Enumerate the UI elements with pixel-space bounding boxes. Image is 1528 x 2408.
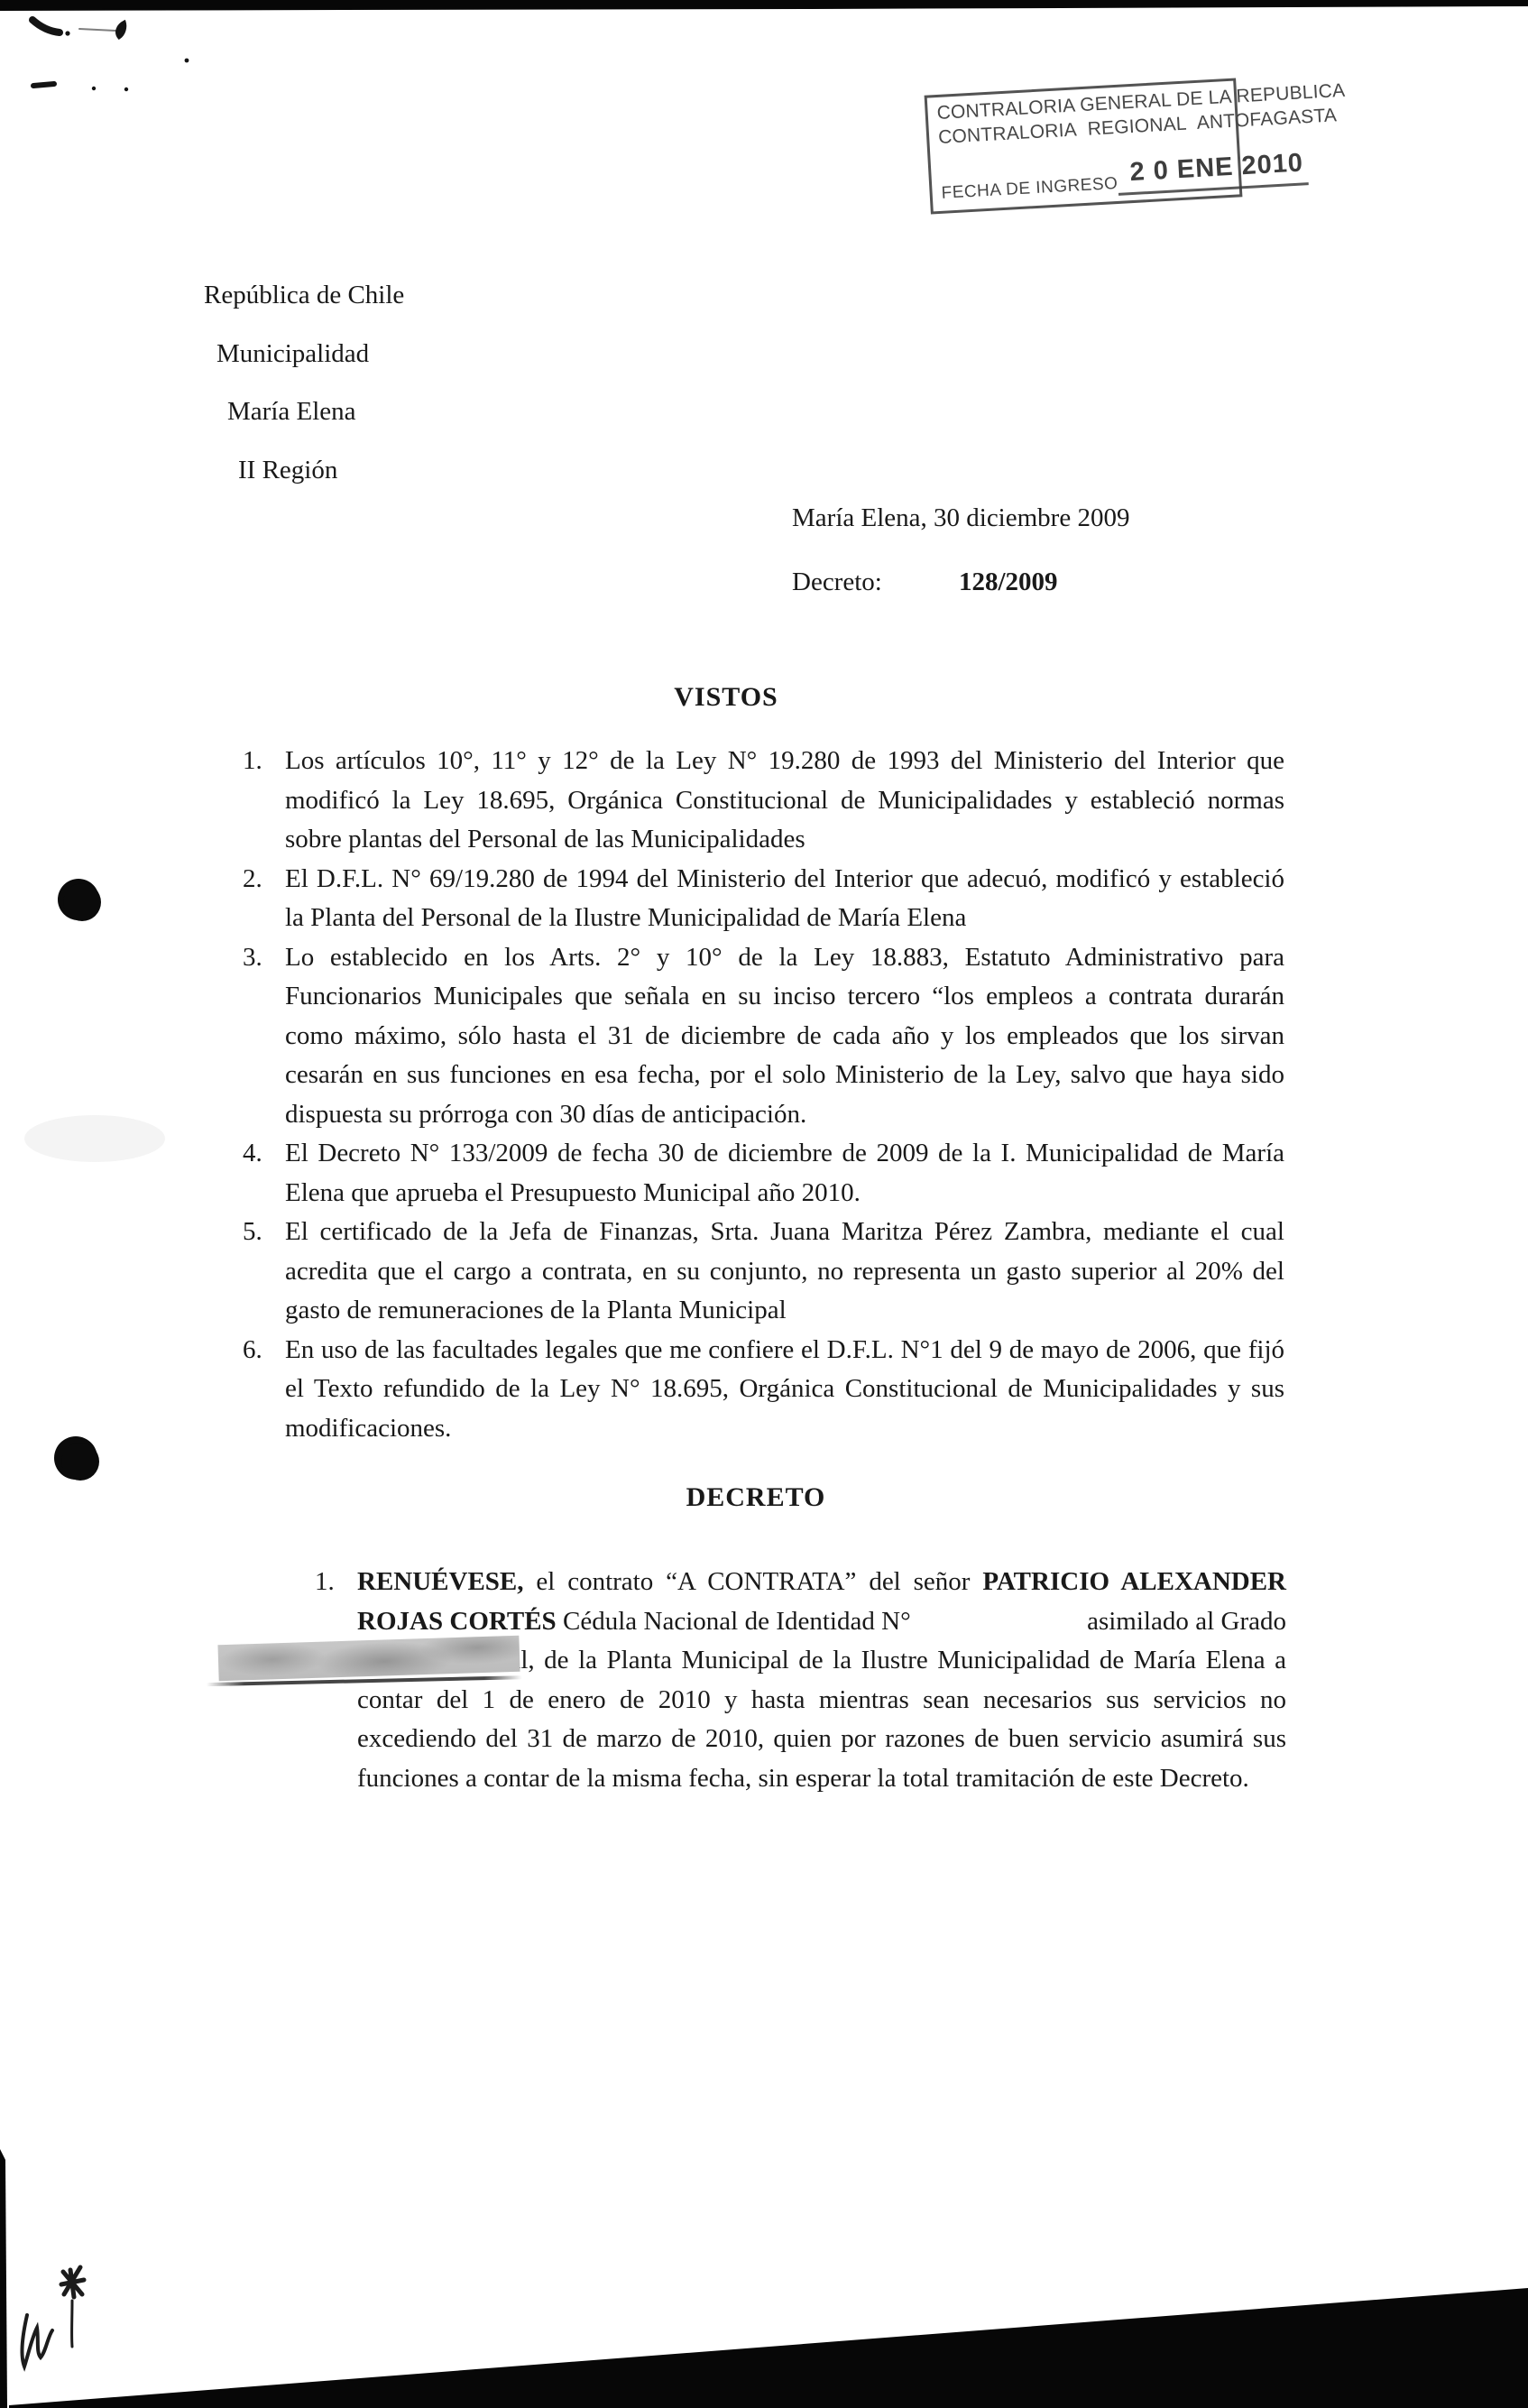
vistos-list: Los artículos 10°, 11° y 12° de la Ley N… [285, 742, 1284, 1448]
decreto-heading: DECRETO [0, 1482, 1512, 1513]
vistos-item-2: El D.F.L. N° 69/19.280 de 1994 del Minis… [285, 860, 1284, 938]
scan-edge-top [0, 0, 1528, 11]
decree-number-line: Decreto:128/2009 [792, 567, 1058, 597]
stamp-field-label: FECHA DE INGRESO [941, 174, 1118, 206]
decree-number: 128/2009 [959, 567, 1058, 596]
contraloria-stamp: CONTRALORIA GENERAL DE LA REPUBLICA CONT… [925, 78, 1243, 214]
letterhead: República de Chile Municipalidad María E… [204, 266, 404, 499]
vistos-item-1: Los artículos 10°, 11° y 12° de la Ley N… [285, 742, 1284, 860]
stamp-entry-date: 2 0 ENE 2010 [1117, 148, 1309, 196]
vistos-item-5: El certificado de la Jefa de Finanzas, S… [285, 1213, 1284, 1331]
vistos-heading: VISTOS [0, 682, 1452, 713]
scan-edge-left [0, 2149, 7, 2408]
bottom-left-pen-marks [22, 2267, 84, 2366]
vistos-item-3: Lo establecido en los Arts. 2° y 10° de … [285, 938, 1284, 1135]
decreto-text: Cédula Nacional de Identidad N° [557, 1607, 917, 1636]
letterhead-city: María Elena [204, 383, 404, 441]
top-left-ink-marks [32, 20, 189, 91]
smudge-mark [24, 1115, 165, 1162]
dateline: María Elena, 30 diciembre 2009 [792, 503, 1129, 533]
redacted-id-gap [917, 1626, 1087, 1629]
vistos-item-6: En uso de las facultades legales que me … [285, 1331, 1284, 1449]
decreto-item-1: RENUÉVESE, el contrato “A CONTRATA” del … [357, 1563, 1286, 1798]
letterhead-entity: Municipalidad [204, 325, 404, 383]
scanned-decree-page: CONTRALORIA GENERAL DE LA REPUBLICA CONT… [0, 0, 1528, 2408]
letterhead-region: II Región [204, 441, 404, 500]
decreto-verb: RENUÉVESE, [357, 1567, 524, 1596]
letterhead-country: República de Chile [204, 266, 404, 325]
scan-edge-bottom [9, 2288, 1528, 2408]
vistos-item-4: El Decreto N° 133/2009 de fecha 30 de di… [285, 1134, 1284, 1213]
decreto-list: RENUÉVESE, el contrato “A CONTRATA” del … [357, 1563, 1286, 1798]
decreto-text: el contrato “A CONTRATA” del señor [524, 1567, 983, 1596]
hole-punch-marks [54, 879, 101, 1481]
decree-label: Decreto: [792, 567, 959, 597]
stamp-bottom-row: FECHA DE INGRESO 2 0 ENE 2010 [940, 152, 1232, 206]
